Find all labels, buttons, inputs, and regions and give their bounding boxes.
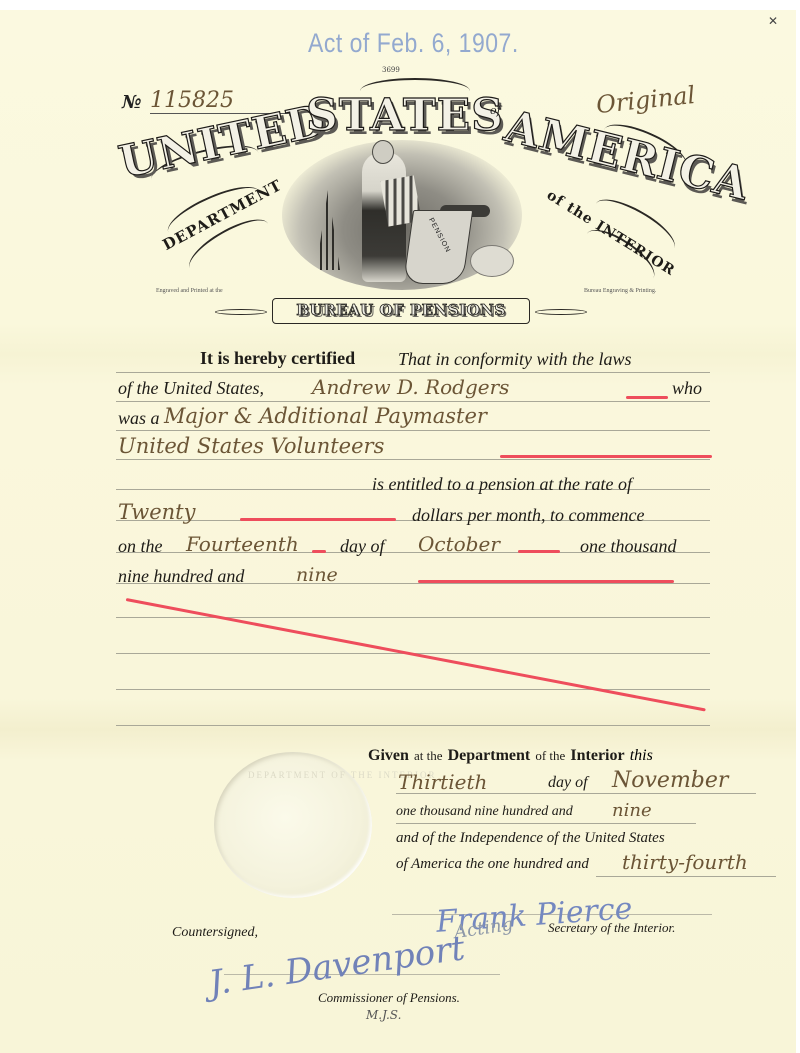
- ruled-line: [596, 876, 776, 877]
- header-word-states: STATES: [306, 90, 504, 141]
- pension-rate: Twenty: [118, 500, 196, 524]
- red-fill-line: [626, 396, 668, 399]
- body-line-2-suffix: who: [672, 378, 702, 399]
- body-line-2-prefix: of the United States,: [118, 378, 264, 399]
- pensioner-unit: United States Volunteers: [118, 434, 384, 458]
- header-word-of: of: [490, 104, 501, 117]
- pensioner-name: Andrew D. Rodgers: [312, 375, 509, 399]
- secretary-title: Secretary of the Interior.: [548, 920, 675, 936]
- independence-year: thirty-fourth: [622, 850, 748, 874]
- given-month: November: [612, 768, 728, 793]
- ruled-line: [116, 617, 710, 618]
- engraver-credit-left: Engraved and Printed at the: [156, 288, 223, 294]
- body-line-7-suffix: one thousand: [580, 536, 677, 557]
- given-day: Thirtieth: [398, 770, 487, 794]
- ruled-line: [116, 401, 710, 402]
- clerk-initials: M.J.S.: [366, 1008, 401, 1022]
- ruled-line: [396, 823, 696, 824]
- independence-line-2: of America the one hundred and: [396, 856, 589, 873]
- body-line-1: That in conformity with the laws: [398, 349, 632, 370]
- countersigned-label: Countersigned,: [172, 925, 258, 941]
- commence-year: nine: [296, 564, 338, 586]
- body-line-8-prefix: nine hundred and: [118, 566, 244, 587]
- figure-head: [372, 140, 394, 164]
- given-department: Department: [448, 747, 531, 764]
- body-line-6: dollars per month, to commence: [412, 505, 644, 526]
- body-line-7-mid: day of: [340, 536, 385, 557]
- red-fill-line: [418, 580, 674, 583]
- given-heading: Given at the Department of the Interior …: [368, 745, 653, 765]
- red-fill-line: [240, 518, 396, 521]
- given-year: nine: [612, 800, 652, 821]
- ruled-line: [116, 459, 710, 460]
- bureau-title: BUREAU OF PENSIONS: [288, 301, 514, 319]
- given-this: this: [630, 747, 653, 764]
- red-fill-line: [500, 455, 712, 458]
- given-word: Given: [368, 747, 409, 764]
- ruled-line: [116, 725, 710, 726]
- ruled-line: [116, 689, 710, 690]
- certificate-number-label: №: [122, 92, 142, 113]
- commence-month: October: [418, 532, 500, 556]
- commissioner-title: Commissioner of Pensions.: [318, 990, 460, 1006]
- plate-number: 3699: [382, 66, 400, 74]
- red-fill-line: [312, 550, 326, 553]
- sheep-icon: [470, 245, 514, 277]
- engraver-credit-right: Bureau Engraving & Printing.: [584, 288, 656, 294]
- ruled-line: [116, 430, 710, 431]
- body-line-7-prefix: on the: [118, 536, 163, 557]
- given-at-the: at the: [414, 748, 443, 763]
- given-day-of: day of: [548, 774, 588, 792]
- pensioner-rank: Major & Additional Paymaster: [164, 404, 487, 428]
- given-year-prefix: one thousand nine hundred and: [396, 804, 573, 820]
- act-stamp: Act of Feb. 6, 1907.: [308, 28, 519, 59]
- given-of-the: of the: [535, 748, 565, 763]
- margin-mark: ✕: [768, 14, 778, 28]
- ruled-line: [116, 372, 710, 373]
- red-fill-line: [518, 550, 560, 553]
- independence-line-1: and of the Independence of the United St…: [396, 830, 665, 847]
- certification-opening: It is hereby certified: [200, 348, 355, 369]
- commence-day: Fourteenth: [186, 532, 299, 556]
- given-interior: Interior: [570, 747, 624, 764]
- body-line-5: is entitled to a pension at the rate of: [372, 474, 632, 495]
- body-line-3-prefix: was a: [118, 408, 160, 429]
